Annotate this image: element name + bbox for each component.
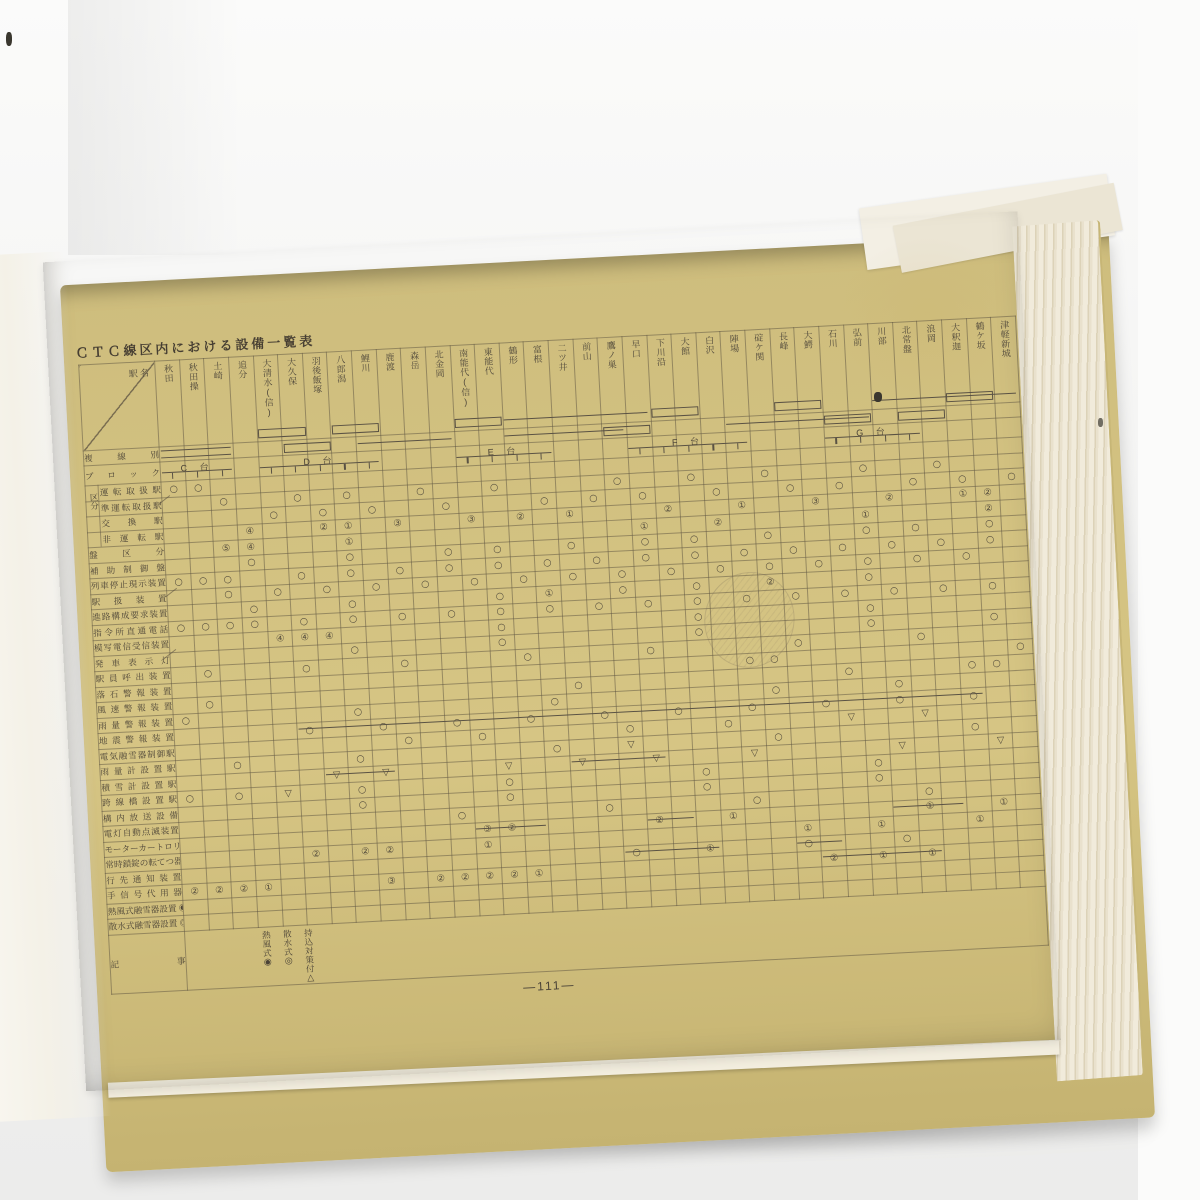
mark-cell: [473, 790, 498, 807]
corner-label: 駅名: [128, 366, 151, 380]
mark-cell: [882, 598, 907, 615]
mark-cell: [327, 829, 352, 846]
mark-cell: ○: [624, 844, 649, 861]
mark-cell: [775, 428, 801, 449]
mark-cell: [922, 421, 948, 442]
mark-cell: ○: [867, 770, 892, 787]
mark-cell: ○: [581, 490, 606, 507]
mark-cell: [804, 525, 829, 542]
mark-cell: [495, 743, 520, 760]
mark-cell: ○: [694, 763, 719, 780]
mark-cell: [721, 824, 746, 841]
mark-cell: ○: [544, 740, 569, 757]
mark-cell: [773, 868, 798, 885]
mark-cell: ○: [436, 544, 461, 561]
mark-cell: ○: [858, 615, 883, 632]
mark-cell: [534, 539, 559, 556]
mark-cell: [763, 666, 788, 683]
mark-cell: [501, 851, 526, 868]
mark-cell: ○: [796, 835, 821, 852]
mark-cell: ○: [261, 506, 286, 523]
mark-cell: [245, 663, 270, 680]
mark-cell: [318, 659, 343, 676]
mark-cell: [426, 824, 451, 841]
mark-cell: [971, 403, 996, 419]
mark-cell: [912, 690, 937, 707]
mark-cell: [245, 678, 270, 695]
station-name: 長峰: [777, 332, 787, 351]
mark-cell: [1000, 483, 1025, 500]
mark-cell: [717, 731, 742, 748]
mark-cell: [626, 891, 651, 908]
mark-cell: [499, 804, 524, 821]
mark-cell: [779, 510, 804, 527]
mark-cell: [208, 913, 233, 930]
mark-cell: [823, 881, 848, 898]
mark-cell: [403, 872, 428, 889]
mark-cell: [472, 759, 497, 776]
mark-cell: ○: [449, 807, 474, 824]
mark-cell: [673, 842, 698, 859]
mark-cell: ○: [566, 677, 591, 694]
mark-cell: [270, 677, 295, 694]
mark-cell: [440, 637, 465, 654]
mark-cell: [180, 837, 205, 854]
mark-cell: [476, 852, 501, 869]
mark-cell: [964, 749, 989, 766]
mark-cell: [718, 762, 743, 779]
mark-cell: [602, 892, 627, 909]
mark-cell: [617, 705, 642, 722]
mark-cell: [1019, 855, 1044, 872]
mark-cell: ○: [390, 608, 415, 625]
mark-cell: [481, 464, 506, 481]
mark-cell: [780, 526, 805, 543]
mark-cell: [443, 683, 468, 700]
mark-cell: [994, 841, 1019, 858]
mark-cell: [526, 850, 551, 867]
mark-cell: [958, 625, 983, 642]
mark-cell: ○: [638, 642, 663, 659]
mark-cell: [739, 683, 764, 700]
mark-cell: ○: [592, 706, 617, 723]
mark-cell: [871, 863, 896, 880]
mark-cell: [654, 486, 679, 503]
mark-cell: [493, 696, 518, 713]
mark-cell: ○: [813, 695, 838, 712]
mark-cell: [202, 789, 227, 806]
mark-cell: [906, 581, 931, 598]
mark-cell: [892, 784, 917, 801]
mark-cell: [612, 612, 637, 629]
mark-cell: [966, 780, 991, 797]
mark-cell: [504, 443, 530, 464]
mark-cell: [171, 666, 196, 683]
mark-cell: [801, 463, 826, 480]
mark-cell: [923, 441, 948, 458]
mark-cell: [828, 508, 853, 525]
mark-cell: [172, 682, 197, 699]
mark-cell: [523, 803, 548, 820]
mark-cell: [326, 798, 351, 815]
mark-cell: [322, 721, 347, 738]
mark-cell: [403, 856, 428, 873]
mark-cell: [503, 428, 528, 444]
mark-cell: [167, 605, 192, 622]
mark-cell: [948, 439, 973, 456]
mark-cell: [595, 768, 620, 785]
mark-cell: [651, 890, 676, 907]
mark-cell: ○: [241, 601, 266, 618]
mark-cell: [164, 543, 189, 560]
mark-cell: [973, 438, 998, 455]
mark-cell: [506, 478, 531, 495]
mark-cell: ○: [226, 788, 251, 805]
mark-cell: [248, 724, 273, 741]
mark-cell: [180, 852, 205, 869]
mark-cell: [631, 503, 656, 520]
mark-cell: [707, 545, 732, 562]
mark-cell: [407, 468, 432, 485]
mark-cell: [530, 461, 555, 478]
mark-cell: [965, 765, 990, 782]
mark-cell: [863, 692, 888, 709]
mark-cell: [774, 883, 799, 900]
mark-cell: [365, 610, 390, 627]
mark-cell: ①: [526, 865, 551, 882]
mark-cell: [947, 419, 973, 440]
mark-cell: ○: [681, 531, 706, 548]
mark-cell: [699, 872, 724, 889]
mark-cell: [599, 846, 624, 863]
mark-cell: [680, 500, 705, 517]
mark-cell: ○: [338, 565, 363, 582]
mark-cell: [960, 672, 985, 689]
mark-cell: [179, 821, 204, 838]
mark-cell: [901, 488, 926, 505]
mark-cell: [703, 468, 728, 485]
mark-cell: [532, 508, 557, 525]
mark-cell: ④: [267, 630, 292, 647]
mark-cell: [217, 602, 242, 619]
mark-cell: ○: [345, 704, 370, 721]
mark-cell: [934, 642, 959, 659]
mark-cell: [558, 522, 583, 539]
mark-cell: [471, 744, 496, 761]
mark-cell: [423, 777, 448, 794]
mark-cell: [290, 598, 315, 615]
mark-cell: ○: [488, 603, 513, 620]
mark-cell: ○: [980, 577, 1005, 594]
mark-cell: [658, 548, 683, 565]
mark-cell: [750, 430, 776, 451]
mark-cell: [404, 887, 429, 904]
mark-cell: [247, 709, 272, 726]
mark-cell: [383, 485, 408, 502]
mark-cell: [889, 722, 914, 739]
mark-cell: [990, 779, 1015, 796]
mark-cell: ②: [453, 869, 478, 886]
mark-cell: [836, 647, 861, 664]
mark-cell: [907, 597, 932, 614]
mark-cell: [395, 717, 420, 734]
mark-cell: [218, 633, 243, 650]
mark-cell: [531, 477, 556, 494]
mark-cell: ▽: [276, 785, 301, 802]
mark-cell: [670, 780, 695, 797]
mark-cell: ○: [931, 580, 956, 597]
mark-cell: [455, 445, 481, 466]
mark-cell: [646, 797, 671, 814]
mark-cell: [405, 433, 430, 449]
mark-cell: [704, 499, 729, 516]
mark-cell: [189, 541, 214, 558]
mark-cell: [590, 675, 615, 692]
station-name: 弘前: [851, 328, 861, 347]
mark-cell: [279, 847, 304, 864]
mark-cell: [554, 460, 579, 477]
mark-cell: ○: [836, 663, 861, 680]
mark-cell: [769, 790, 794, 807]
mark-cell: ①: [721, 808, 746, 825]
mark-cell: [833, 601, 858, 618]
mark-cell: [653, 455, 678, 472]
mark-cell: [405, 902, 430, 919]
mark-cell: [299, 753, 324, 770]
mark-cell: [398, 763, 423, 780]
ink-speck: [1098, 418, 1103, 427]
mark-cell: [430, 432, 455, 448]
mark-cell: [605, 488, 630, 505]
mark-cell: [413, 592, 438, 609]
mark-cell: [528, 426, 553, 442]
mark-cell: [266, 599, 291, 616]
station-name: 前山: [580, 342, 590, 361]
mark-cell: [824, 426, 850, 447]
mark-cell: [688, 655, 713, 672]
mark-cell: ②: [821, 850, 846, 867]
mark-cell: [313, 566, 338, 583]
mark-cell: ○: [633, 549, 658, 566]
mark-cell: [459, 527, 484, 544]
mark-cell: [420, 715, 445, 732]
mark-cell: ○: [850, 460, 875, 477]
mark-cell: ○: [392, 655, 417, 672]
mark-cell: [676, 419, 701, 435]
mark-cell: [741, 730, 766, 747]
mark-cell: [228, 819, 253, 836]
mark-cell: ○: [173, 713, 198, 730]
mark-cell: [850, 445, 875, 462]
backdrop-shadow-band: [68, 0, 243, 255]
station-name: 北常盤: [900, 325, 911, 354]
legend-item: 持込対策付△: [303, 928, 315, 984]
mark-cell: ②: [428, 870, 453, 887]
mark-cell: [400, 810, 425, 827]
mark-cell: ①: [729, 497, 754, 514]
mark-cell: [553, 440, 579, 461]
mark-cell: [880, 552, 905, 569]
mark-cell: [591, 691, 616, 708]
mark-cell: [250, 771, 275, 788]
mark-cell: [571, 770, 596, 787]
mark-cell: ○: [470, 728, 495, 745]
mark-cell: [517, 679, 542, 696]
mark-cell: [1008, 654, 1033, 671]
mark-cell: ○: [314, 581, 339, 598]
mark-cell: [479, 429, 504, 445]
mark-cell: [767, 744, 792, 761]
mark-cell: [567, 692, 592, 709]
equipment-table-area: 駅名秋田秋田操土崎追分大清水(信)大久保羽後飯塚八郎潟鯉川鹿渡森岳北金岡南能代(…: [78, 316, 1048, 982]
mark-cell: [661, 610, 686, 627]
mark-cell: [275, 770, 300, 787]
mark-cell: [744, 776, 769, 793]
mark-cell: [282, 909, 307, 926]
mark-cell: [713, 669, 738, 686]
mark-cell: [565, 661, 590, 678]
mark-cell: [505, 463, 530, 480]
mark-cell: [280, 863, 305, 880]
mark-cell: [908, 612, 933, 629]
mark-cell: [649, 843, 674, 860]
mark-cell: ○: [489, 619, 514, 636]
mark-cell: [432, 467, 457, 484]
mark-cell: [246, 694, 271, 711]
mark-cell: [916, 767, 941, 784]
mark-cell: [776, 448, 801, 465]
mark-cell: [203, 804, 228, 821]
mark-cell: [430, 447, 456, 468]
mark-cell: ②: [647, 812, 672, 829]
mark-cell: ○: [537, 601, 562, 618]
station-name: 石川: [826, 329, 836, 348]
mark-cell: [812, 664, 837, 681]
station-name: 鯉川: [359, 353, 369, 372]
mark-cell: [209, 458, 235, 479]
mark-cell: [747, 838, 772, 855]
mark-cell: [697, 825, 722, 842]
mark-cell: [316, 612, 341, 629]
mark-cell: [677, 454, 702, 471]
mark-cell: [440, 621, 465, 638]
mark-cell: [940, 750, 965, 767]
mark-cell: ▽: [890, 737, 915, 754]
mark-cell: [372, 749, 397, 766]
mark-cell: [527, 881, 552, 898]
mark-cell: [884, 629, 909, 646]
mark-cell: [410, 530, 435, 547]
mark-cell: ○: [832, 585, 857, 602]
mark-cell: [599, 830, 624, 847]
mark-cell: [582, 521, 607, 538]
mark-cell: [872, 878, 897, 895]
mark-cell: [932, 611, 957, 628]
station-name: 土崎: [212, 361, 222, 380]
mark-cell: [902, 504, 927, 521]
mark-cell: [971, 418, 997, 439]
mark-cell: [817, 757, 842, 774]
mark-cell: ○: [531, 492, 556, 509]
mark-cell: [503, 897, 528, 914]
mark-cell: [207, 897, 232, 914]
mark-cell: ○: [999, 468, 1024, 485]
mark-cell: ○: [977, 516, 1002, 533]
mark-cell: [814, 710, 839, 727]
mark-cell: [521, 757, 546, 774]
mark-cell: ▽: [570, 754, 595, 771]
mark-cell: [842, 771, 867, 788]
mark-cell: [598, 815, 623, 832]
mark-cell: [281, 893, 306, 910]
mark-cell: [1020, 870, 1045, 887]
mark-cell: [240, 585, 265, 602]
mark-cell: [424, 793, 449, 810]
mark-cell: [376, 811, 401, 828]
mark-cell: [551, 864, 576, 881]
station-name: 早口: [630, 339, 640, 358]
mark-cell: [722, 839, 747, 856]
mark-cell: [376, 826, 401, 843]
mark-cell: [581, 505, 606, 522]
mark-cell: [374, 780, 399, 797]
mark-cell: [941, 781, 966, 798]
mark-cell: [354, 874, 379, 891]
mark-cell: ②: [976, 500, 1001, 517]
station-name: 大館: [679, 337, 689, 356]
mark-cell: [276, 801, 301, 818]
mark-cell: [464, 620, 489, 637]
mark-cell: [996, 417, 1022, 438]
mark-cell: [307, 438, 332, 454]
mark-cell: ①: [950, 486, 975, 503]
mark-cell: [159, 446, 184, 462]
mark-cell: [253, 833, 278, 850]
mark-cell: [199, 727, 224, 744]
mark-cell: ○: [766, 728, 791, 745]
mark-cell: ○: [777, 479, 802, 496]
mark-cell: [693, 748, 718, 765]
mark-cell: [306, 892, 331, 909]
mark-cell: ○: [632, 534, 657, 551]
mark-cell: [985, 686, 1010, 703]
mark-cell: [230, 865, 255, 882]
mark-cell: [700, 417, 725, 433]
station-name: 森岳: [408, 351, 418, 370]
station-name: 東能代: [482, 347, 493, 376]
mark-cell: [421, 731, 446, 748]
mark-cell: [441, 652, 466, 669]
mark-cell: [286, 505, 311, 522]
book: ＣＴＣ線区内における設備一覧表 駅名秋田秋田操土崎追分大清水(信)大久保羽後飯塚…: [0, 190, 1200, 1194]
mark-cell: [184, 914, 209, 931]
mark-cell: ○: [617, 721, 642, 738]
mark-cell: [994, 856, 1019, 873]
station-name: 津軽新城: [999, 320, 1010, 358]
mark-cell: [540, 647, 565, 664]
mark-cell: [450, 823, 475, 840]
mark-cell: [589, 645, 614, 662]
mark-cell: [840, 725, 865, 742]
mark-cell: [163, 512, 188, 529]
mark-cell: [696, 810, 721, 827]
mark-cell: ○: [894, 830, 919, 847]
mark-cell: [178, 806, 203, 823]
mark-cell: [811, 648, 836, 665]
mark-cell: ○: [755, 527, 780, 544]
mark-cell: [746, 823, 771, 840]
mark-cell: [259, 476, 284, 493]
